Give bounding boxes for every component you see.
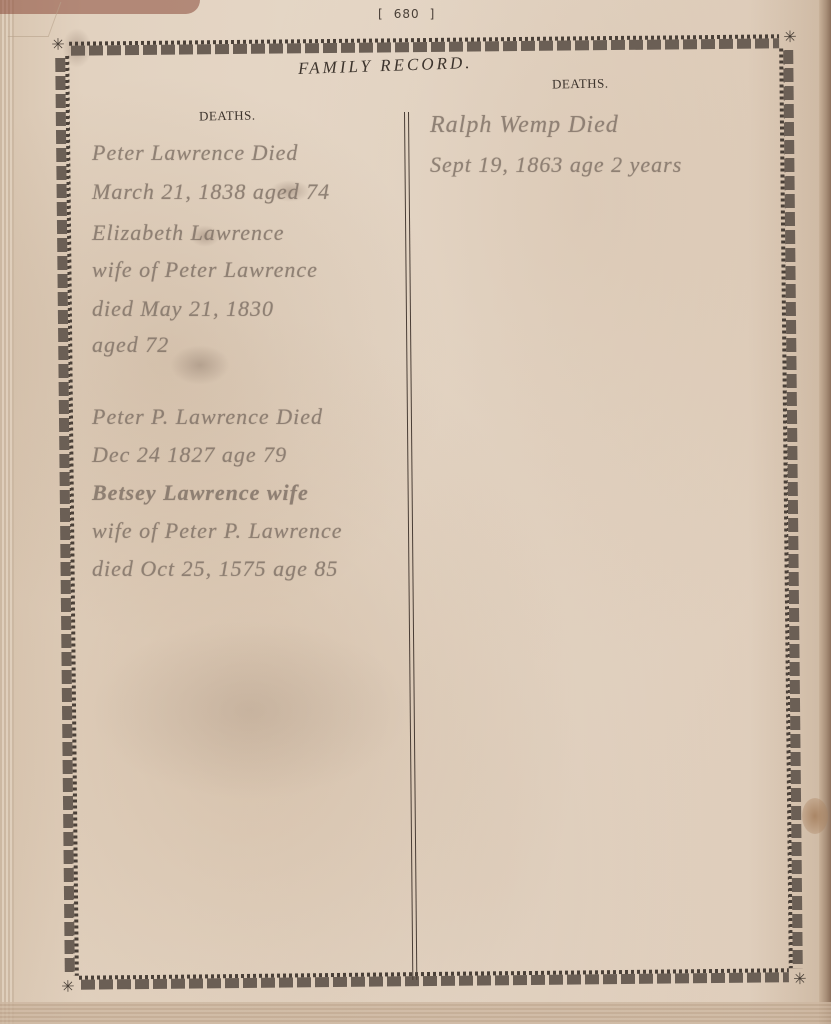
book-spine-edge bbox=[819, 0, 831, 1024]
page-stack-bottom-edge bbox=[0, 1002, 831, 1024]
column-heading-left: DEATHS. bbox=[199, 108, 256, 125]
corner-star-icon: ✳ bbox=[791, 970, 809, 988]
handwritten-line: Dec 24 1827 age 79 bbox=[92, 442, 287, 468]
handwritten-line: Ralph Wemp Died bbox=[430, 112, 619, 139]
corner-star-icon: ✳ bbox=[49, 36, 67, 54]
page-number: [680] bbox=[378, 7, 435, 21]
handwritten-line: wife of Peter P. Lawrence bbox=[92, 518, 342, 544]
book-page: [680] ✳ ✳ ✳ ✳ FAMILY RECORD. DEATHS. DEA… bbox=[0, 0, 831, 1024]
border-left bbox=[55, 56, 79, 976]
handwritten-line: wife of Peter Lawrence bbox=[92, 257, 318, 283]
bracket-left: [ bbox=[378, 7, 384, 21]
bracket-right: ] bbox=[430, 7, 436, 21]
handwritten-line: March 21, 1838 aged 74 bbox=[92, 179, 330, 205]
corner-star-icon: ✳ bbox=[781, 28, 799, 46]
border-bottom bbox=[79, 968, 789, 989]
corner-star-icon: ✳ bbox=[59, 978, 77, 996]
page-number-value: 680 bbox=[394, 7, 420, 21]
border-right bbox=[779, 48, 803, 968]
handwritten-line: Sept 19, 1863 age 2 years bbox=[430, 152, 682, 178]
column-heading-right: DEATHS. bbox=[552, 76, 609, 93]
page-stack-left-edge bbox=[0, 0, 14, 1024]
handwritten-line: died May 21, 1830 bbox=[92, 296, 274, 322]
handwritten-line: Peter P. Lawrence Died bbox=[92, 404, 323, 430]
handwritten-line: aged 72 bbox=[92, 332, 169, 358]
handwritten-line: Betsey Lawrence wife bbox=[92, 480, 309, 506]
handwritten-line: Peter Lawrence Died bbox=[92, 140, 298, 166]
handwritten-line: Elizabeth Lawrence bbox=[92, 220, 285, 246]
border-top bbox=[69, 34, 779, 55]
water-stain bbox=[802, 798, 828, 834]
handwritten-line: died Oct 25, 1575 age 85 bbox=[92, 556, 338, 582]
